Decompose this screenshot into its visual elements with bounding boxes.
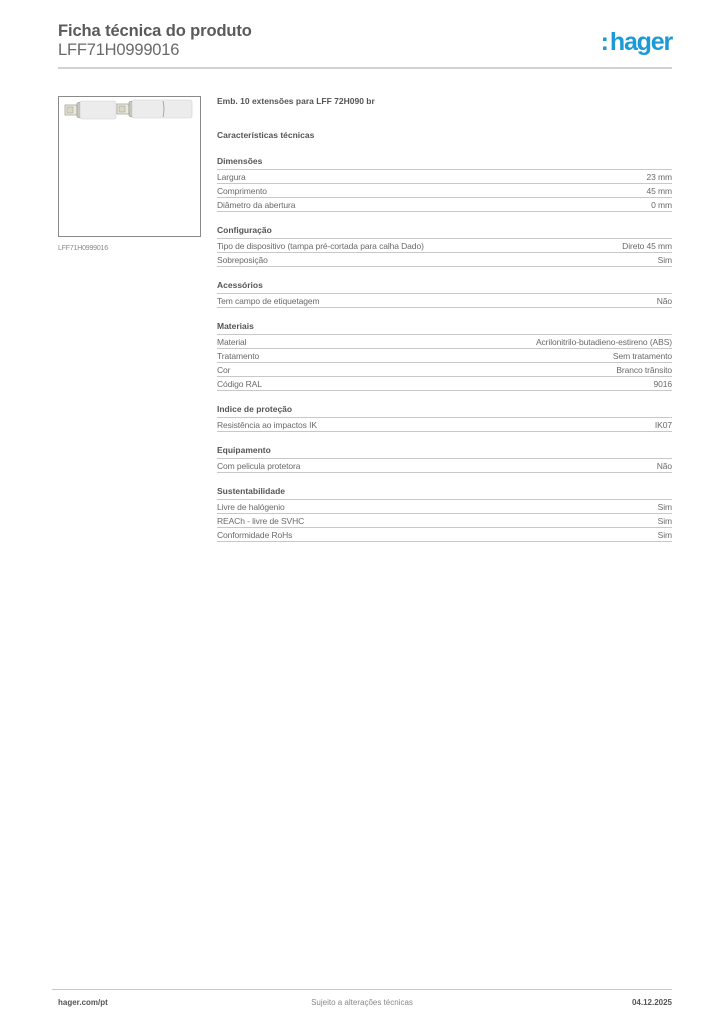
spec-value: Branco trânsito [616,364,672,376]
spec-value: Acrilonitrilo-butadieno-estireno (ABS) [536,336,672,348]
spec-value: 9016 [653,378,672,390]
spec-groups: DimensõesLargura23 mmComprimento45 mmDiâ… [217,156,672,542]
spec-value: Sim [658,254,672,266]
document-title: Ficha técnica do produto [58,22,252,41]
spec-value: Sim [658,529,672,541]
spec-row: REACh - livre de SVHCSim [217,514,672,528]
product-image [58,96,201,237]
spec-row: Conformidade RoHsSim [217,528,672,542]
page-header: Ficha técnica do produto LFF71H0999016 :… [58,22,672,70]
spec-row: Código RAL9016 [217,377,672,391]
spec-value: Sim [658,515,672,527]
spec-label: Material [217,336,246,348]
product-description: Emb. 10 extensões para LFF 72H090 br [217,96,672,106]
product-code: LFF71H0999016 [58,41,179,60]
footer-divider [52,989,672,990]
spec-label: Tratamento [217,350,259,362]
spec-value: Sem tratamento [613,350,672,362]
spec-group: DimensõesLargura23 mmComprimento45 mmDiâ… [217,156,672,212]
spec-group: ConfiguraçãoTipo de dispositivo (tampa p… [217,225,672,267]
spec-group: AcessóriosTem campo de etiquetagemNão [217,280,672,308]
spec-label: Com pelicula protetora [217,460,300,472]
spec-group-title: Dimensões [217,156,672,170]
spec-group-title: Materiais [217,321,672,335]
spec-row: MaterialAcrilonitrilo-butadieno-estireno… [217,335,672,349]
spec-row: CorBranco trânsito [217,363,672,377]
spec-label: Código RAL [217,378,262,390]
spec-group: MateriaisMaterialAcrilonitrilo-butadieno… [217,321,672,391]
hager-logo: :hager [601,28,672,56]
spec-group: EquipamentoCom pelicula protetoraNão [217,445,672,473]
spec-group-title: Sustentabilidade [217,486,672,500]
spec-group-title: Indice de proteção [217,404,672,418]
spec-group-title: Configuração [217,225,672,239]
spec-value: IK07 [655,419,672,431]
spec-row: Largura23 mm [217,170,672,184]
logo-text: hager [610,28,672,56]
spec-label: Cor [217,364,230,376]
spec-group: Indice de proteçãoResistência ao impacto… [217,404,672,432]
spec-value: Não [657,460,672,472]
spec-label: Sobreposição [217,254,268,266]
product-photo-icon [59,97,200,236]
spec-label: Resistência ao impactos IK [217,419,317,431]
spec-label: Largura [217,171,246,183]
spec-row: Diâmetro da abertura0 mm [217,198,672,212]
spec-value: Não [657,295,672,307]
spec-label: Livre de halógenio [217,501,285,513]
spec-row: TratamentoSem tratamento [217,349,672,363]
spec-group-title: Acessórios [217,280,672,294]
technical-characteristics-heading: Características técnicas [217,130,672,140]
spec-label: REACh - livre de SVHC [217,515,304,527]
logo-colon: : [601,28,609,56]
spec-value: 0 mm [651,199,672,211]
spec-row: Resistência ao impactos IKIK07 [217,418,672,432]
image-caption: LFF71H0999016 [58,245,108,252]
spec-row: SobreposiçãoSim [217,253,672,267]
header-divider [58,67,672,69]
spec-row: Tipo de dispositivo (tampa pré-cortada p… [217,239,672,253]
spec-content: Emb. 10 extensões para LFF 72H090 br Car… [217,96,672,555]
spec-label: Tem campo de etiquetagem [217,295,320,307]
spec-label: Conformidade RoHs [217,529,292,541]
footer-notice: Sujeito a alterações técnicas [0,998,724,1007]
spec-value: Sim [658,501,672,513]
spec-group: SustentabilidadeLivre de halógenioSimREA… [217,486,672,542]
spec-value: Direto 45 mm [622,240,672,252]
spec-value: 45 mm [647,185,672,197]
spec-group-title: Equipamento [217,445,672,459]
spec-value: 23 mm [647,171,672,183]
spec-row: Livre de halógenioSim [217,500,672,514]
spec-label: Tipo de dispositivo (tampa pré-cortada p… [217,240,424,252]
spec-label: Comprimento [217,185,267,197]
spec-row: Com pelicula protetoraNão [217,459,672,473]
spec-row: Comprimento45 mm [217,184,672,198]
footer-date: 04.12.2025 [632,998,672,1007]
spec-label: Diâmetro da abertura [217,199,295,211]
spec-row: Tem campo de etiquetagemNão [217,294,672,308]
